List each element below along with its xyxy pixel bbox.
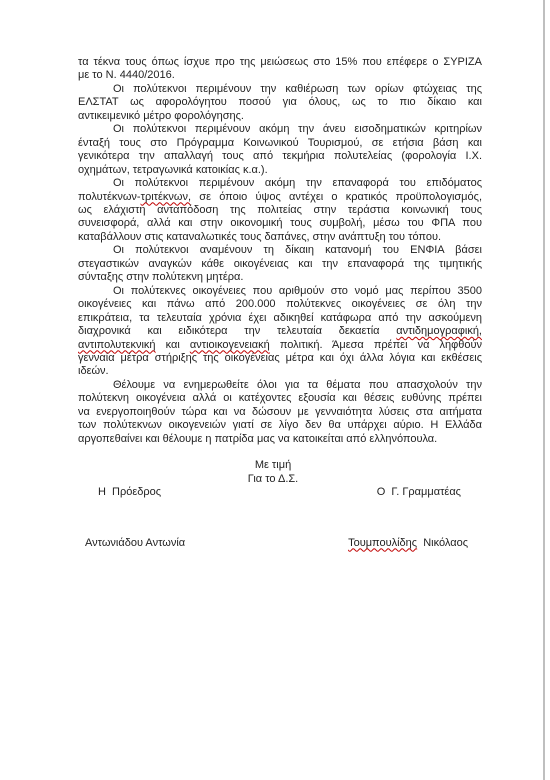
body-line: αντιπολυτεκνική και αντιοικογενειακή πολ… (78, 339, 482, 352)
president-name: Αντωνιάδου Αντωνία (85, 537, 185, 550)
body-text-segment: διαχρονικά και ειδικότερα την τελευταία … (78, 325, 396, 337)
closing-salutation-block: Με τιμή Για το Δ.Σ. (78, 459, 468, 486)
president-title: Η Πρόεδρος (98, 486, 161, 499)
closing-block: Με τιμή Για το Δ.Σ. Η Πρόεδρος Ο Γ. Γραμ… (78, 459, 482, 550)
body-line: ΕΛΣΤΑΤ ως αφορολόγητου ποσού για όλους, … (78, 96, 482, 109)
body-line: Οι πολύτεκνοι περιμένουν ακόμη την επανα… (78, 177, 482, 190)
body-line: Οι πολύτεκνες οικογένειες που αριθμούν σ… (78, 285, 482, 298)
body-line: να ενεργοποιηθούν τώρα και να δώσουν με … (78, 406, 482, 419)
body-line: αργοπεθαίνει και θέλουμε η πατρίδα μας ν… (78, 433, 482, 446)
body-line: Οι πολύτεκνοι αναμένουν τη δίκαιη κατανο… (78, 244, 482, 257)
body-line: πολύτεκνη οικογένεια αλλά οι κατέχοντες … (78, 392, 482, 405)
closing-salutation: Με τιμή (78, 459, 468, 472)
spellcheck-flagged-word: τριτέκνων, (141, 191, 191, 203)
body-line: καταβάλλουν στις καταναλωτικές τους δαπά… (78, 231, 482, 244)
body-line: αντικειμενικό μέτρο φορολόγησης. (78, 110, 482, 123)
secretary-name-rest: Νικόλαος (417, 537, 468, 549)
secretary-name: Τουμπουλίδης Νικόλαος (348, 537, 468, 550)
body-text-segment: σε όποιο ύψος αντέχει ο κρατικός προϋπολ… (191, 191, 482, 203)
body-line: με το Ν. 4440/2016. (78, 69, 482, 82)
page-right-edge-line (543, 0, 545, 780)
body-line: οχημάτων, τετραγωνικά κατοικίας κ.α.). (78, 164, 482, 177)
body-text-segment: και (156, 339, 190, 351)
body-text-segment: πολιτική. Άμεσα πρέπει να ληφθούν (270, 339, 482, 351)
body-line: σύνταξης στην πολύτεκνη μητέρα. (78, 271, 482, 284)
body-line: ένταξή τους στο Πρόγραμμα Κοινωνικού Του… (78, 137, 482, 150)
document-page: τα τέκνα τους όπως ίσχυε προ της μειώσεω… (0, 0, 550, 780)
spellcheck-flagged-word: αντιοικογενειακή (190, 339, 270, 351)
body-line: τα τέκνα τους όπως ίσχυε προ της μειώσεω… (78, 56, 482, 69)
body-line: Οι πολύτεκνοι περιμένουν ακόμη την άνευ … (78, 123, 482, 136)
body-line: γενναία μέτρα στήριξης της οικογένειας μ… (78, 352, 482, 365)
body-line: διαχρονικά και ειδικότερα την τελευταία … (78, 325, 482, 338)
letter-body: τα τέκνα τους όπως ίσχυε προ της μειώσεω… (78, 56, 482, 550)
body-line: Οι πολύτεκνοι περιμένουν την καθιέρωση τ… (78, 83, 482, 96)
body-line: στεγαστικών αναγκών κάθε οικογένειας και… (78, 258, 482, 271)
body-line: συνεισφορά, αλλά και στην οικονομική του… (78, 217, 482, 230)
signature-titles-row: Η Πρόεδρος Ο Γ. Γραμματέας (78, 486, 482, 499)
spellcheck-flagged-word: αντιπολυτεκνική (78, 339, 156, 351)
body-line: γενικότερα την απαλλαγή τους από τεκμήρι… (78, 150, 482, 163)
body-line: των πολύτεκνων οικογενειών γιατί σε λίγο… (78, 419, 482, 432)
spellcheck-flagged-word: Τουμπουλίδης (348, 537, 417, 549)
spellcheck-flagged-word: αντιδημογραφική, (396, 325, 482, 337)
closing-on-behalf: Για το Δ.Σ. (78, 473, 468, 486)
secretary-title: Ο Γ. Γραμματέας (377, 486, 461, 499)
body-line: πολυτέκνων-τριτέκνων, σε όποιο ύψος αντέ… (78, 191, 482, 204)
body-line: οικογένειες και πάνω από 200.000 πολύτεκ… (78, 298, 482, 311)
body-line: επικράτεια, τα τελευταία χρόνια έχει αδι… (78, 312, 482, 325)
body-line: ως ελάχιστη ανταπόδοση της πολιτείας στη… (78, 204, 482, 217)
signature-names-row: Αντωνιάδου Αντωνία Τουμπουλίδης Νικόλαος (78, 537, 482, 550)
body-line: ιδεών. (78, 365, 482, 378)
body-line: Θέλουμε να ενημερωθείτε όλοι για τα θέμα… (78, 379, 482, 392)
body-text-segment: πολυτέκνων- (78, 191, 141, 203)
